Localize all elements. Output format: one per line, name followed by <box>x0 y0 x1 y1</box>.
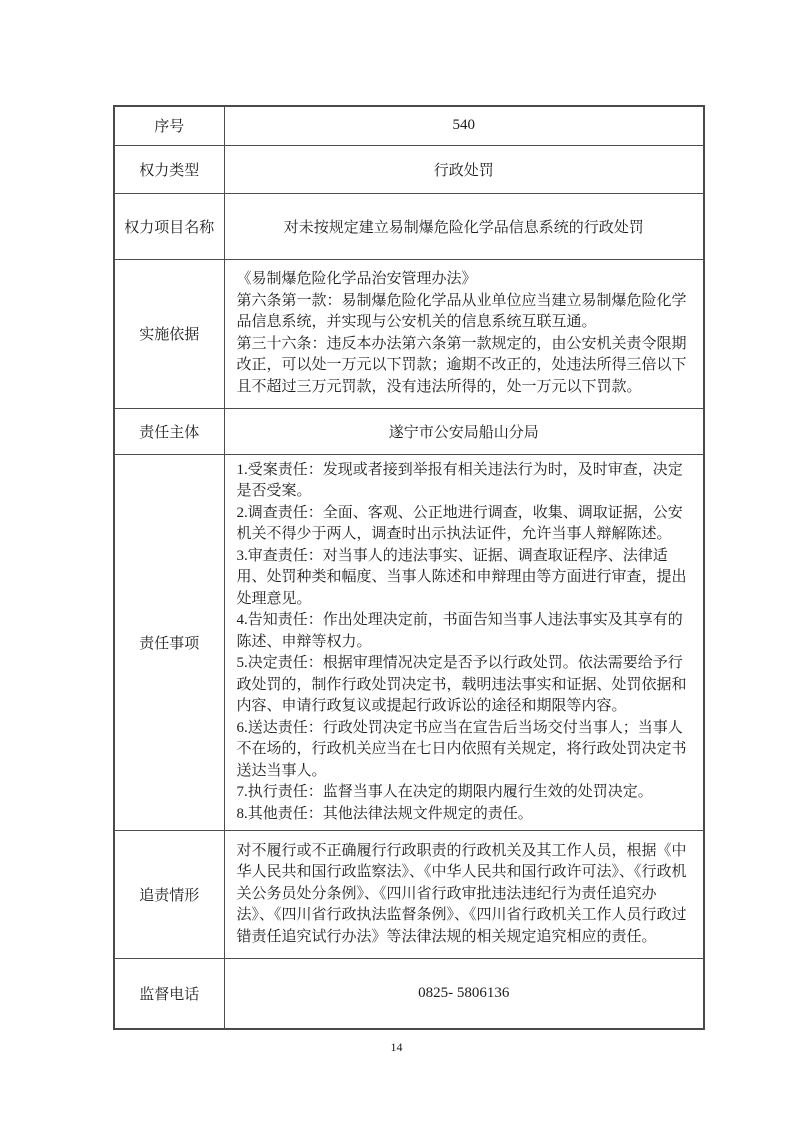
responsibility-item-4: 4.告知责任：作出处理决定前，书面告知当事人违法事实及其享有的陈述、申辩等权力。 <box>237 610 692 653</box>
table-row-accountability-circumstances: 追责情形 对不履行或不正确履行行政职责的行政机关及其工作人员，根据《中华人民共和… <box>114 831 704 959</box>
row-label-serial-number: 序号 <box>114 106 224 145</box>
power-item-table: 序号 540 权力类型 行政处罚 权力项目名称 对未按规定建立易制爆危险化学品信… <box>113 105 705 1030</box>
basis-article-6: 第六条第一款：易制爆危险化学品从业单位应当建立易制爆危险化学品信息系统，并实现与… <box>237 291 692 334</box>
row-value-implementation-basis: 《易制爆危险化学品治安管理办法》 第六条第一款：易制爆危险化学品从业单位应当建立… <box>224 259 704 408</box>
row-label-responsible-entity: 责任主体 <box>114 408 224 454</box>
basis-article-36: 第三十六条：违反本办法第六条第一款规定的，由公安机关责令限期改正，可以处一万元以… <box>237 334 692 399</box>
table-row-responsibility-items: 责任事项 1.受案责任：发现或者接到举报有相关违法行为时，及时审查，决定是否受案… <box>114 454 704 831</box>
row-label-supervision-phone: 监督电话 <box>114 959 224 1029</box>
row-value-power-type: 行政处罚 <box>224 145 704 193</box>
table-row-power-type: 权力类型 行政处罚 <box>114 145 704 193</box>
responsibility-item-1: 1.受案责任：发现或者接到举报有相关违法行为时，及时审查，决定是否受案。 <box>237 460 692 503</box>
responsibility-item-7: 7.执行责任：监督当事人在决定的期限内履行生效的处罚决定。 <box>237 782 692 804</box>
row-label-power-type: 权力类型 <box>114 145 224 193</box>
table-row-responsible-entity: 责任主体 遂宁市公安局船山分局 <box>114 408 704 454</box>
document-page: 序号 540 权力类型 行政处罚 权力项目名称 对未按规定建立易制爆危险化学品信… <box>0 0 793 1122</box>
row-label-accountability-circumstances: 追责情形 <box>114 831 224 959</box>
responsibility-item-2: 2.调查责任：全面、客观、公正地进行调查，收集、调取证据，公安机关不得少于两人，… <box>237 503 692 546</box>
row-value-power-item-name: 对未按规定建立易制爆危险化学品信息系统的行政处罚 <box>224 193 704 259</box>
accountability-paragraph: 对不履行或不正确履行行政职责的行政机关及其工作人员，根据《中华人民共和国行政监察… <box>237 841 692 949</box>
page-number: 14 <box>0 1040 793 1055</box>
table-row-implementation-basis: 实施依据 《易制爆危险化学品治安管理办法》 第六条第一款：易制爆危险化学品从业单… <box>114 259 704 408</box>
row-label-implementation-basis: 实施依据 <box>114 259 224 408</box>
table-row-power-item-name: 权力项目名称 对未按规定建立易制爆危险化学品信息系统的行政处罚 <box>114 193 704 259</box>
table-row-supervision-phone: 监督电话 0825- 5806136 <box>114 959 704 1029</box>
basis-regulation-title: 《易制爆危险化学品治安管理办法》 <box>237 269 692 291</box>
row-value-serial-number: 540 <box>224 106 704 145</box>
table-row-serial-number: 序号 540 <box>114 106 704 145</box>
row-value-supervision-phone: 0825- 5806136 <box>224 959 704 1029</box>
responsibility-item-6: 6.送达责任：行政处罚决定书应当在宣告后当场交付当事人；当事人不在场的，行政机关… <box>237 718 692 783</box>
row-value-responsibility-items: 1.受案责任：发现或者接到举报有相关违法行为时，及时审查，决定是否受案。 2.调… <box>224 454 704 831</box>
row-label-power-item-name: 权力项目名称 <box>114 193 224 259</box>
responsibility-item-3: 3.审查责任：对当事人的违法事实、证据、调查取证程序、法律适用、处罚种类和幅度、… <box>237 546 692 611</box>
row-value-responsible-entity: 遂宁市公安局船山分局 <box>224 408 704 454</box>
responsibility-item-5: 5.决定责任：根据审理情况决定是否予以行政处罚。依法需要给予行政处罚的，制作行政… <box>237 653 692 718</box>
row-label-responsibility-items: 责任事项 <box>114 454 224 831</box>
row-value-accountability-circumstances: 对不履行或不正确履行行政职责的行政机关及其工作人员，根据《中华人民共和国行政监察… <box>224 831 704 959</box>
responsibility-item-8: 8.其他责任：其他法律法规文件规定的责任。 <box>237 804 692 826</box>
